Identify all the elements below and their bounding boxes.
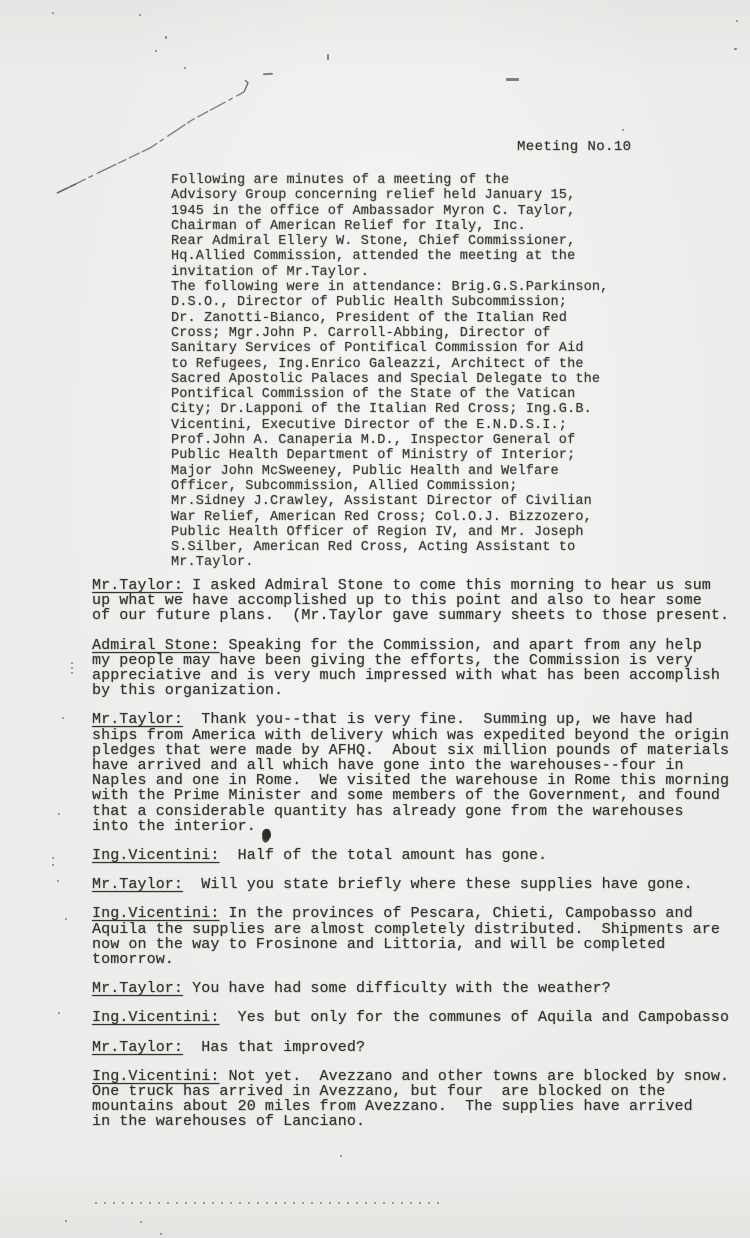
speech-line: of our future plans. (Mr.Taylor gave sum…: [92, 608, 742, 623]
speech-line: that a considerable quantity has already…: [92, 804, 742, 819]
speech-text: Thank you--that is very fine. Summing up…: [183, 711, 693, 728]
speech-first-line: Mr.Taylor: Thank you--that is very fine.…: [92, 712, 742, 727]
dust-speck: [736, 20, 738, 22]
speech-line: ships from America with delivery which w…: [92, 728, 742, 743]
ink-speck: [506, 78, 519, 81]
intro-line: 1945 in the office of Ambassador Myron C…: [171, 204, 608, 219]
speech-line: Aquila the supplies are almost completel…: [92, 922, 742, 937]
document-page: Meeting No.10 Following are minutes of a…: [0, 0, 750, 1238]
speech-line: One truck has arrived in Avezzano, but f…: [92, 1084, 742, 1099]
dialogue-paragraph: Ing.Vicentini: Half of the total amount …: [92, 848, 742, 863]
intro-line: Major John McSweeney, Public Health and …: [171, 464, 608, 479]
ink-speck: [327, 54, 329, 60]
dust-speck: [57, 880, 59, 882]
speaker-name: Mr.Taylor:: [92, 876, 183, 893]
dust-speck: [165, 36, 167, 39]
speech-line: pledges that were made by AFHQ. About si…: [92, 743, 742, 758]
dust-speck: [65, 1220, 67, 1222]
dust-speck: [155, 50, 157, 52]
speaker-name: Mr.Taylor:: [92, 1039, 183, 1056]
dust-speck: [52, 864, 54, 866]
speech-first-line: Mr.Taylor: I asked Admiral Stone to come…: [92, 578, 742, 593]
speech-text: Will you state briefly where these suppl…: [183, 876, 693, 893]
speech-line: in the warehouses of Lanciano.: [92, 1114, 742, 1129]
intro-line: Advisory Group concerning relief held Ja…: [171, 188, 608, 203]
intro-line: S.Silber, American Red Cross, Acting Ass…: [171, 540, 608, 555]
dialogue-paragraph: Admiral Stone: Speaking for the Commissi…: [92, 638, 742, 699]
intro-line: Hq.Allied Commission, attended the meeti…: [171, 249, 608, 264]
intro-line: The following were in attendance: Brig.G…: [171, 280, 608, 295]
intro-line: Prof.John A. Canaperia M.D., Inspector G…: [171, 433, 608, 448]
speech-line: with the Prime Minister and some members…: [92, 788, 742, 803]
speech-line: into the interior.: [92, 819, 742, 834]
speech-text: Half of the total amount has gone.: [219, 847, 547, 864]
dust-speck: [52, 857, 54, 859]
intro-line: Rear Admiral Ellery W. Stone, Chief Comm…: [171, 234, 608, 249]
dialogue-paragraph: Mr.Taylor: I asked Admiral Stone to come…: [92, 578, 742, 624]
dust-speck: [160, 1233, 162, 1235]
dust-speck: [62, 717, 64, 719]
scan-noise-row: [95, 1202, 440, 1204]
intro-line: Vicentini, Executive Director of the E.N…: [171, 418, 608, 433]
intro-line: Sanitary Services of Pontifical Commissi…: [171, 341, 608, 356]
intro-line: D.S.O., Director of Public Health Subcom…: [171, 295, 608, 310]
intro-line: Chairman of American Relief for Italy, I…: [171, 219, 608, 234]
speaker-name: Mr.Taylor:: [92, 711, 183, 728]
dust-speck: [71, 667, 73, 669]
speech-first-line: Mr.Taylor: Has that improved?: [92, 1040, 742, 1055]
dust-speck: [734, 48, 737, 50]
dust-speck: [184, 67, 186, 69]
intro-line: Dr. Zanotti-Bianco, President of the Ita…: [171, 311, 608, 326]
speaker-name: Ing.Vicentini:: [92, 905, 219, 922]
speaker-name: Ing.Vicentini:: [92, 1009, 219, 1026]
intro-line: invitation of Mr.Taylor.: [171, 265, 608, 280]
ink-speck: [263, 73, 273, 76]
speech-first-line: Admiral Stone: Speaking for the Commissi…: [92, 638, 742, 653]
speech-first-line: Ing.Vicentini: Half of the total amount …: [92, 848, 742, 863]
speech-first-line: Ing.Vicentini: In the provinces of Pesca…: [92, 906, 742, 921]
dialogue-paragraph: Mr.Taylor: Thank you--that is very fine.…: [92, 712, 742, 834]
intro-line: Officer, Subcommission, Allied Commissio…: [171, 479, 608, 494]
dust-speck: [140, 1221, 142, 1223]
speech-first-line: Ing.Vicentini: Not yet. Avezzano and oth…: [92, 1069, 742, 1084]
speech-line: by this organization.: [92, 683, 742, 698]
intro-line: Public Health Department of Ministry of …: [171, 448, 608, 463]
speech-first-line: Mr.Taylor: You have had some difficulty …: [92, 981, 742, 996]
speech-line: have arrived and all which have gone int…: [92, 758, 742, 773]
speech-text: Yes but only for the communes of Aquila …: [219, 1009, 729, 1026]
speech-line: appreciative and is very much impressed …: [92, 668, 742, 683]
page-title: Meeting No.10: [517, 139, 631, 155]
speech-first-line: Ing.Vicentini: Yes but only for the comm…: [92, 1010, 742, 1025]
intro-line: Pontifical Commission of the State of th…: [171, 387, 608, 402]
dust-speck: [71, 662, 73, 664]
dialogue-paragraph: Mr.Taylor: You have had some difficulty …: [92, 981, 742, 996]
speech-text: You have had some difficulty with the we…: [183, 980, 611, 997]
dust-speck: [65, 918, 67, 920]
intro-line: Cross; Mgr.John P. Carroll-Abbing, Direc…: [171, 326, 608, 341]
intro-line: Sacred Apostolic Palaces and Special Del…: [171, 372, 608, 387]
dialogue: Mr.Taylor: I asked Admiral Stone to come…: [92, 578, 742, 1144]
dust-speck: [340, 1155, 342, 1157]
dust-speck: [58, 813, 60, 815]
intro-block: Following are minutes of a meeting of th…: [171, 173, 608, 571]
intro-line: to Refugees, Ing.Enrico Galeazzi, Archit…: [171, 357, 608, 372]
dust-speck: [139, 14, 141, 16]
dust-speck: [622, 129, 624, 131]
intro-line: Mr.Taylor.: [171, 555, 608, 570]
speech-line: tomorrow.: [92, 952, 742, 967]
dust-speck: [71, 672, 73, 674]
speech-text: Has that improved?: [183, 1039, 365, 1056]
dialogue-paragraph: Ing.Vicentini: Yes but only for the comm…: [92, 1010, 742, 1025]
dialogue-paragraph: Ing.Vicentini: Not yet. Avezzano and oth…: [92, 1069, 742, 1130]
speech-text: In the provinces of Pescara, Chieti, Cam…: [219, 905, 692, 922]
speech-line: my people may have been giving the effor…: [92, 653, 742, 668]
dialogue-paragraph: Ing.Vicentini: In the provinces of Pesca…: [92, 906, 742, 967]
dialogue-paragraph: Mr.Taylor: Will you state briefly where …: [92, 877, 742, 892]
intro-line: War Relief, American Red Cross; Col.O.J.…: [171, 510, 608, 525]
intro-line: Mr.Sidney J.Crawley, Assistant Director …: [171, 494, 608, 509]
speech-line: now on the way to Frosinone and Littoria…: [92, 937, 742, 952]
speech-first-line: Mr.Taylor: Will you state briefly where …: [92, 877, 742, 892]
intro-line: City; Dr.Lapponi of the Italian Red Cros…: [171, 402, 608, 417]
dialogue-paragraph: Mr.Taylor: Has that improved?: [92, 1040, 742, 1055]
intro-line: Following are minutes of a meeting of th…: [171, 173, 608, 188]
dust-speck: [52, 12, 54, 14]
intro-line: Public Health Officer of Region IV, and …: [171, 525, 608, 540]
speaker-name: Mr.Taylor:: [92, 980, 183, 997]
speaker-name: Ing.Vicentini:: [92, 847, 219, 864]
dust-speck: [58, 1012, 60, 1014]
